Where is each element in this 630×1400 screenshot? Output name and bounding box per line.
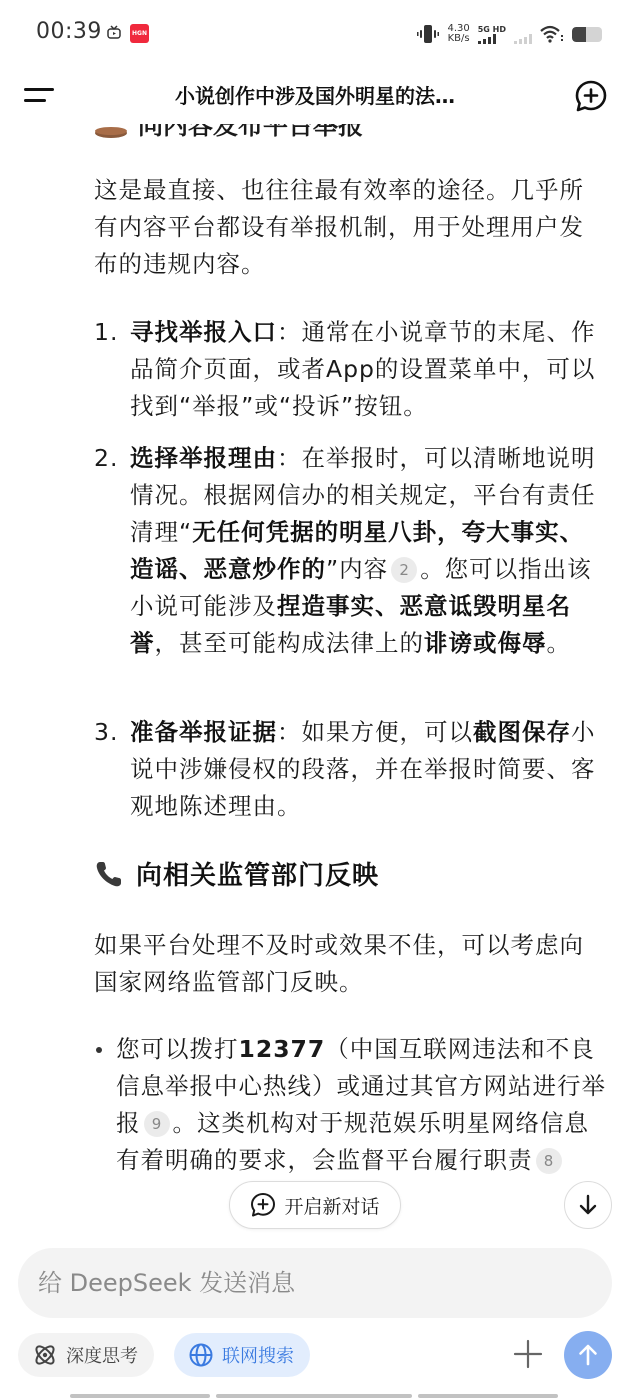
steps-list: 1.寻找举报入口：通常在小说章节的末尾、作品简介页面，或者App的设置菜单中，可… [94, 314, 606, 425]
conversation-title: 小说创作中涉及国外明星的法… [120, 80, 510, 109]
arrow-down-icon [576, 1193, 600, 1217]
cellular-signal-primary: 5G HD [478, 25, 506, 44]
list-item-step-2: 2.选择举报理由：在举报时，可以清晰地说明情况。根据网信办的相关规定，平台有责任… [94, 440, 606, 662]
battery-icon [572, 27, 602, 42]
new-chat-button[interactable] [574, 79, 608, 113]
regulator-intro-paragraph: 如果平台处理不及时或效果不佳，可以考虑向国家网络监管部门反映。 [94, 927, 604, 1001]
new-chat-bubble-plus-icon [250, 1192, 276, 1218]
signal-bars-icon [478, 34, 506, 44]
menu-button[interactable] [24, 86, 56, 108]
tv-app-icon [106, 24, 122, 40]
signal-bars-secondary-icon [514, 34, 532, 44]
attach-plus-button[interactable] [512, 1338, 544, 1370]
status-time: 00:39 [36, 19, 102, 44]
web-search-toggle[interactable]: 联网搜索 [174, 1333, 310, 1377]
network-speed: 4.30 KB/s [447, 24, 469, 44]
section-heading-regulator: 向相关监管部门反映 [94, 855, 379, 892]
list-item-step-1: 1.寻找举报入口：通常在小说章节的末尾、作品简介页面，或者App的设置菜单中，可… [94, 314, 606, 425]
intro-paragraph: 这是最直接、也往往最有效率的途径。几乎所有内容平台都设有举报机制，用于处理用户发… [94, 172, 604, 283]
globe-icon [188, 1342, 214, 1368]
list-item-step-3: 3.准备举报证据：如果方便，可以截图保存小说中涉嫌侵权的段落，并在举报时简要、客… [94, 714, 606, 825]
citation-badge[interactable]: 2 [391, 557, 417, 583]
status-bar: 00:39 HGN 4.30 KB/s 5G HD [0, 0, 630, 68]
bullet-dot [96, 1047, 102, 1053]
news-app-icon: HGN [130, 24, 149, 43]
message-input[interactable] [18, 1248, 612, 1318]
scroll-to-bottom-button[interactable] [564, 1181, 612, 1229]
chat-content[interactable]: 向内容发布平台举报 这是最直接、也往往最有效率的途径。几乎所有内容平台都设有举报… [0, 100, 630, 1240]
deep-think-toggle[interactable]: 深度思考 [18, 1333, 154, 1377]
telephone-receiver-icon [94, 859, 124, 889]
app-header: 小说创作中涉及国外明星的法… [0, 68, 630, 124]
citation-badge[interactable]: 9 [144, 1111, 170, 1137]
message-composer: 深度思考 联网搜索 [0, 1240, 630, 1400]
send-button[interactable] [564, 1331, 612, 1379]
atom-icon [32, 1342, 58, 1368]
status-indicators: 4.30 KB/s 5G HD [417, 18, 602, 50]
arrow-up-icon [575, 1342, 601, 1368]
list-item-hotline: 您可以拨打12377（中国互联网违法和不良信息举报中心热线）或通过其官方网站进行… [94, 1031, 606, 1179]
start-new-conversation-button[interactable]: 开启新对话 [229, 1181, 401, 1229]
vibrate-icon [417, 24, 439, 44]
keyboard-suggestion-bar [70, 1394, 210, 1398]
hamburger-menu-icon [24, 88, 54, 91]
wifi-icon [540, 25, 564, 43]
